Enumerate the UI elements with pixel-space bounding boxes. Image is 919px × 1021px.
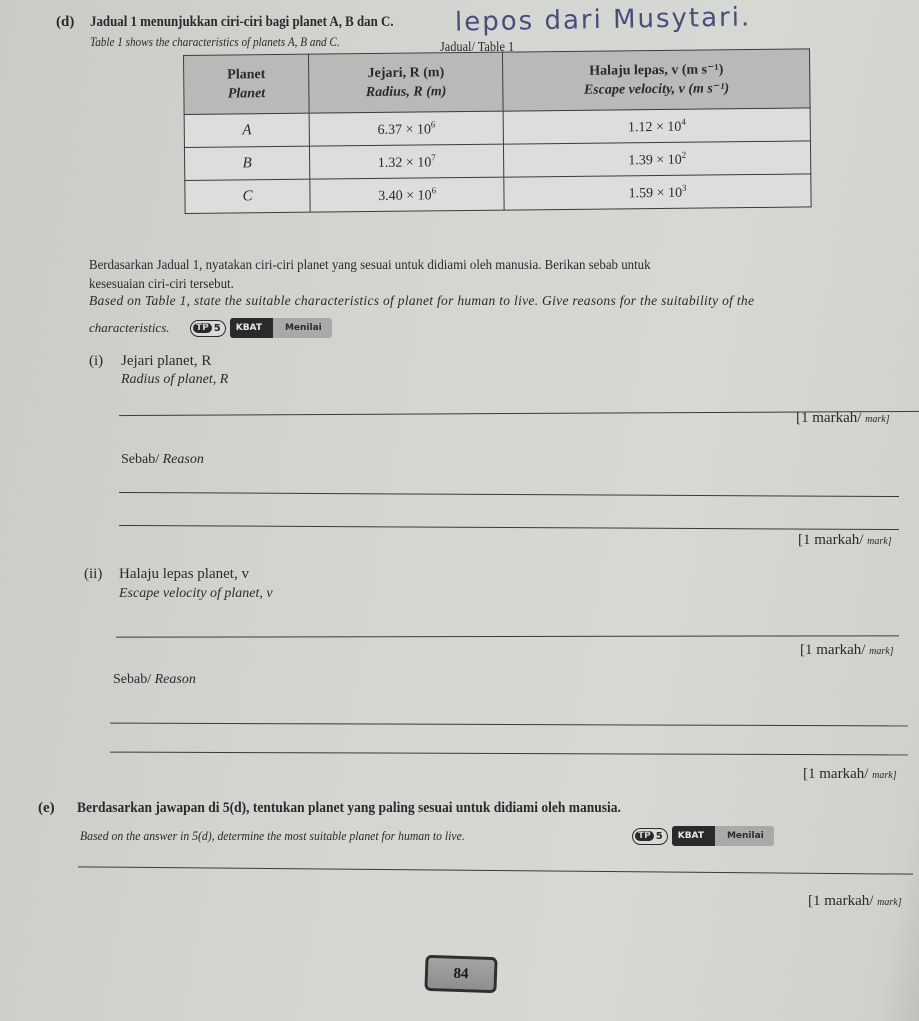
planet-name: A	[184, 113, 310, 147]
header-planet-english: Planet	[184, 84, 308, 104]
tp-label: TP	[635, 831, 654, 841]
question-e-malay: Berdasarkan jawapan di 5(d), tentukan pl…	[77, 800, 621, 817]
question-e-english: Based on the answer in 5(d), determine t…	[80, 828, 465, 844]
item-i-number: (i)	[89, 353, 103, 370]
question-d-malay: Jadual 1 menunjukkan ciri-ciri bagi plan…	[90, 14, 394, 31]
question-d-english: Table 1 shows the characteristics of pla…	[90, 34, 340, 50]
header-radius-malay: Jejari, R (m)	[309, 63, 502, 84]
planet-velocity: 1.59 × 103	[504, 174, 811, 210]
skill-label: Menilai	[270, 318, 332, 338]
answer-line[interactable]	[119, 492, 899, 497]
header-radius: Jejari, R (m) Radius, R (m)	[309, 52, 504, 113]
header-radius-english: Radius, R (m)	[309, 82, 502, 103]
tp-level-badge: TP 5	[190, 320, 226, 337]
item-ii-malay: Halaju lepas planet, v	[119, 566, 249, 583]
header-velocity: Halaju lepas, v (m s⁻¹) Escape velocity,…	[503, 49, 810, 111]
tp-level-badge: TP 5	[632, 828, 668, 845]
tp-label: TP	[193, 323, 212, 333]
planet-radius: 1.32 × 107	[310, 144, 504, 179]
kbat-label: KBAT	[230, 318, 270, 338]
marks-label: [1 markah/ mark]	[808, 893, 902, 910]
marks-label: [1 markah/ mark]	[803, 766, 897, 783]
answer-line[interactable]	[116, 635, 899, 637]
kbat-badge: KBAT Menilai	[230, 318, 332, 338]
kbat-label: KBAT	[672, 826, 712, 846]
answer-line[interactable]	[110, 752, 908, 756]
planet-radius: 3.40 × 106	[310, 177, 504, 212]
instruction-english-cont: characteristics.	[89, 320, 170, 336]
handwritten-note: lepos dari Musytari.	[455, 2, 752, 37]
table-header-row: Planet Planet Jejari, R (m) Radius, R (m…	[184, 49, 811, 115]
item-i-malay: Jejari planet, R	[121, 353, 211, 370]
header-planet: Planet Planet	[184, 54, 310, 114]
tp-level: 5	[656, 831, 663, 842]
reason-label: Sebab/ Reason	[121, 452, 204, 468]
item-ii-number: (ii)	[84, 566, 102, 583]
marks-label: [1 markah/ mark]	[798, 532, 892, 549]
planet-name: B	[184, 146, 310, 180]
item-ii-english: Escape velocity of planet, v	[119, 586, 273, 602]
skill-badges: TP 5 KBAT Menilai	[632, 826, 774, 846]
item-i-english: Radius of planet, R	[121, 372, 228, 388]
page-number: 84	[424, 955, 497, 993]
instruction-english: Based on Table 1, state the suitable cha…	[89, 293, 754, 309]
reason-label: Sebab/ Reason	[113, 672, 196, 688]
marks-label: [1 markah/ mark]	[800, 642, 894, 659]
answer-line[interactable]	[110, 723, 908, 727]
skill-badges: TP 5 KBAT Menilai	[190, 318, 332, 338]
planet-table: Planet Planet Jejari, R (m) Radius, R (m…	[183, 48, 812, 214]
question-d-label: (d)	[56, 14, 74, 31]
planet-radius: 6.37 × 106	[309, 111, 503, 146]
planet-velocity: 1.39 × 102	[504, 141, 811, 177]
planet-velocity: 1.12 × 104	[503, 108, 810, 144]
answer-line[interactable]	[78, 866, 913, 874]
question-e-label: (e)	[38, 800, 55, 817]
header-planet-malay: Planet	[184, 65, 308, 85]
answer-line[interactable]	[119, 525, 899, 530]
instruction-malay-cont: kesesuaian ciri-ciri tersebut.	[89, 277, 234, 293]
marks-label: [1 markah/ mark]	[796, 410, 890, 427]
tp-level: 5	[214, 323, 221, 334]
kbat-badge: KBAT Menilai	[672, 826, 774, 846]
header-velocity-english: Escape velocity, v (m s⁻¹)	[504, 78, 810, 100]
planet-name: C	[185, 179, 311, 213]
table-row: C 3.40 × 106 1.59 × 103	[185, 174, 811, 214]
skill-label: Menilai	[712, 826, 774, 846]
instruction-malay: Berdasarkan Jadual 1, nyatakan ciri-ciri…	[89, 258, 651, 274]
